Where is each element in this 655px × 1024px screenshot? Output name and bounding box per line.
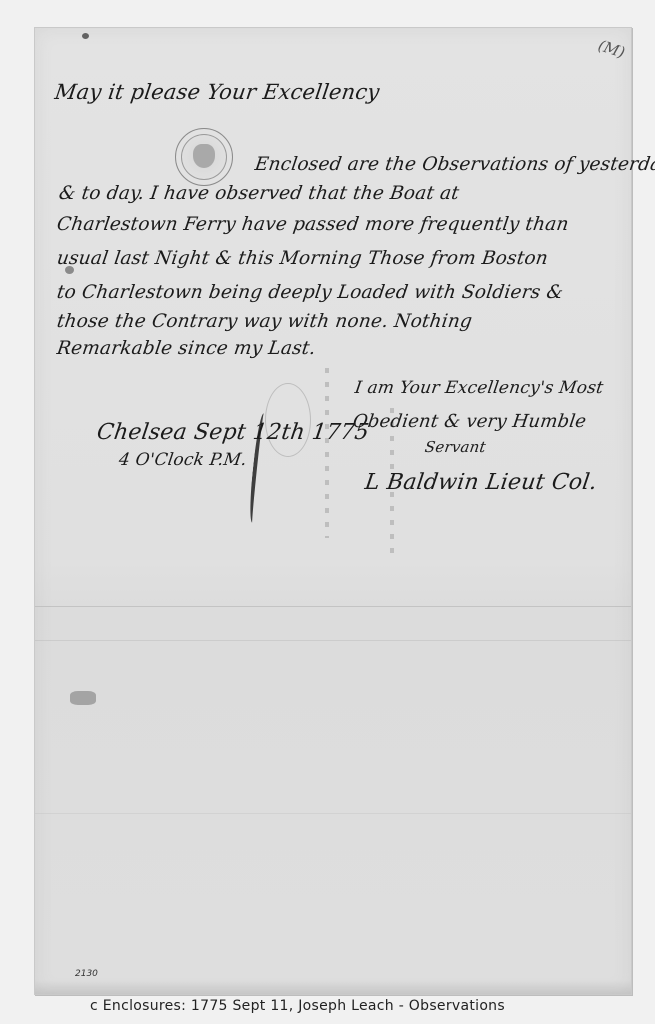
bleed-through-mark [325,368,329,538]
ink-stain [70,691,96,705]
page-number: 2130 [75,969,98,979]
time-line: 4 O'Clock P.M. [118,450,249,470]
closing-line: Servant [424,438,487,456]
archive-caption: c Enclosures: 1775 Sept 11, Joseph Leach… [90,998,505,1014]
body-line: & to day. I have observed that the Boat … [58,183,461,204]
body-line: usual last Night & this Morning Those fr… [56,248,550,269]
manuscript-page: (M) May it please Your Excellency Enclos… [34,27,632,995]
eagle-emblem-icon [193,144,215,168]
fold-line [35,640,631,641]
closing-line: I am Your Excellency's Most [354,378,605,398]
page-edge-shadow [35,980,631,994]
body-line: Remarkable since my Last. [56,338,318,359]
dateline: Chelsea Sept 12th 1775 [95,420,370,445]
fold-line [35,813,631,814]
ink-blot [82,33,89,39]
body-line: Enclosed are the Observations of yesterd… [254,154,655,175]
salutation: May it please Your Excellency [53,80,381,104]
body-line: to Charlestown being deeply Loaded with … [56,282,565,303]
corner-annotation: (M) [596,36,627,61]
closing-line: Obedient & very Humble [352,411,588,432]
fold-line [35,606,631,607]
body-line: those the Contrary way with none. Nothin… [56,311,474,332]
body-line: Charlestown Ferry have passed more frequ… [56,214,571,235]
library-seal-stamp-icon [175,128,233,186]
signature: L Baldwin Lieut Col. [363,470,598,495]
